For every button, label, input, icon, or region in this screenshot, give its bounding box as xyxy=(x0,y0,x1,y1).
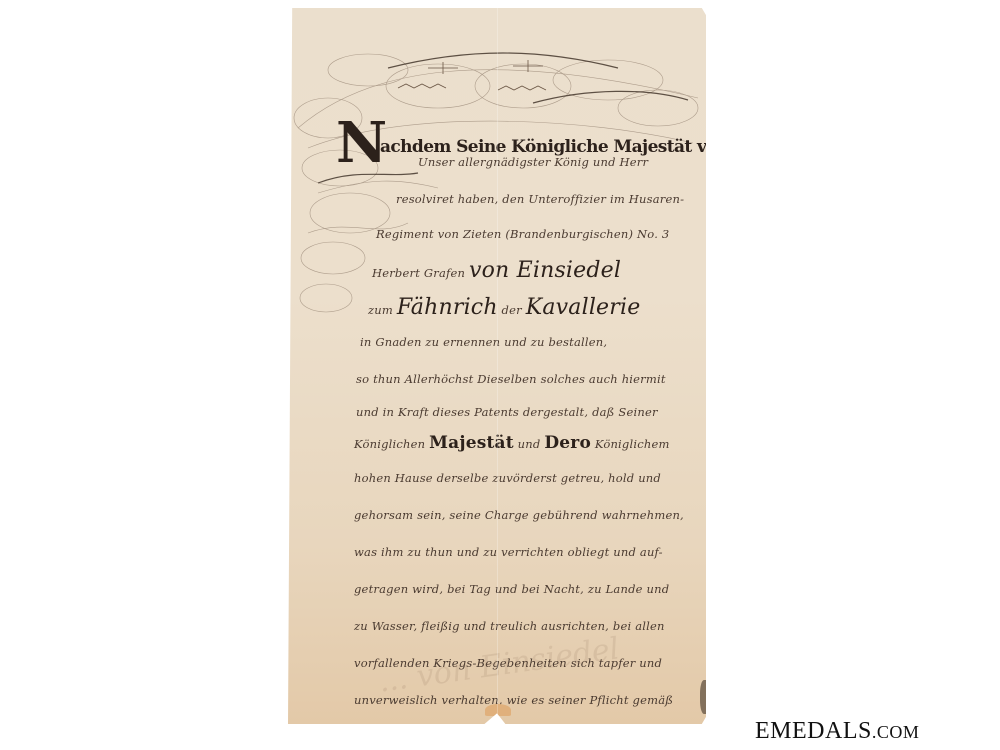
recipient-given-name: Herbert Grafen xyxy=(372,266,469,280)
text-line-12: was ihm zu thun und zu verrichten oblieg… xyxy=(354,545,663,559)
text-line-9: Königlichen Majestät und Dero Königliche… xyxy=(354,433,670,453)
patent-document: N achdem Seine Königliche Majestät von P… xyxy=(288,8,706,724)
dero-gothic: Dero xyxy=(544,433,591,453)
text-line-4: Herbert Grafen von Einsiedel xyxy=(372,258,621,283)
text-line-1: Unser allergnädigster König und Herr xyxy=(418,155,648,169)
rank-title: Fähnrich xyxy=(397,295,498,320)
text-line-11: gehorsam sein, seine Charge gebührend wa… xyxy=(354,508,684,522)
majestaet-gothic: Majestät xyxy=(429,433,514,453)
text-line-6: in Gnaden zu ernennen und zu bestallen, xyxy=(360,335,607,349)
text-line-13: getragen wird, bei Tag und bei Nacht, zu… xyxy=(354,582,669,596)
text-line-10: hohen Hause derselbe zuvörderst getreu, … xyxy=(354,471,661,485)
text-line-14: zu Wasser, fleißig und treulich ausricht… xyxy=(354,619,665,633)
bleed-through-signature: ... von Einsiedel xyxy=(377,631,622,699)
branch-title: Kavallerie xyxy=(526,295,641,320)
calligraphic-flourish-decoration xyxy=(288,8,706,348)
paper-tear xyxy=(485,704,511,716)
text-line-7: so thun Allerhöchst Dieselben solches au… xyxy=(356,372,666,386)
emedals-watermark: EMEDALS.COM xyxy=(755,718,919,745)
document-heading: N achdem Seine Königliche Majestät von P… xyxy=(288,103,706,163)
text-line-5: zum Fähnrich der Kavallerie xyxy=(368,295,640,320)
text-line-2: resolviret haben, den Unteroffizier im H… xyxy=(396,192,684,206)
text-line-3: Regiment von Zieten (Brandenburgischen) … xyxy=(376,227,669,241)
wax-seal-remnant xyxy=(700,680,710,714)
text-line-8: und in Kraft dieses Patents dergestalt, … xyxy=(356,405,658,419)
recipient-surname: von Einsiedel xyxy=(469,258,621,283)
heading-text: achdem Seine Königliche Majestät von Pre… xyxy=(380,137,816,157)
